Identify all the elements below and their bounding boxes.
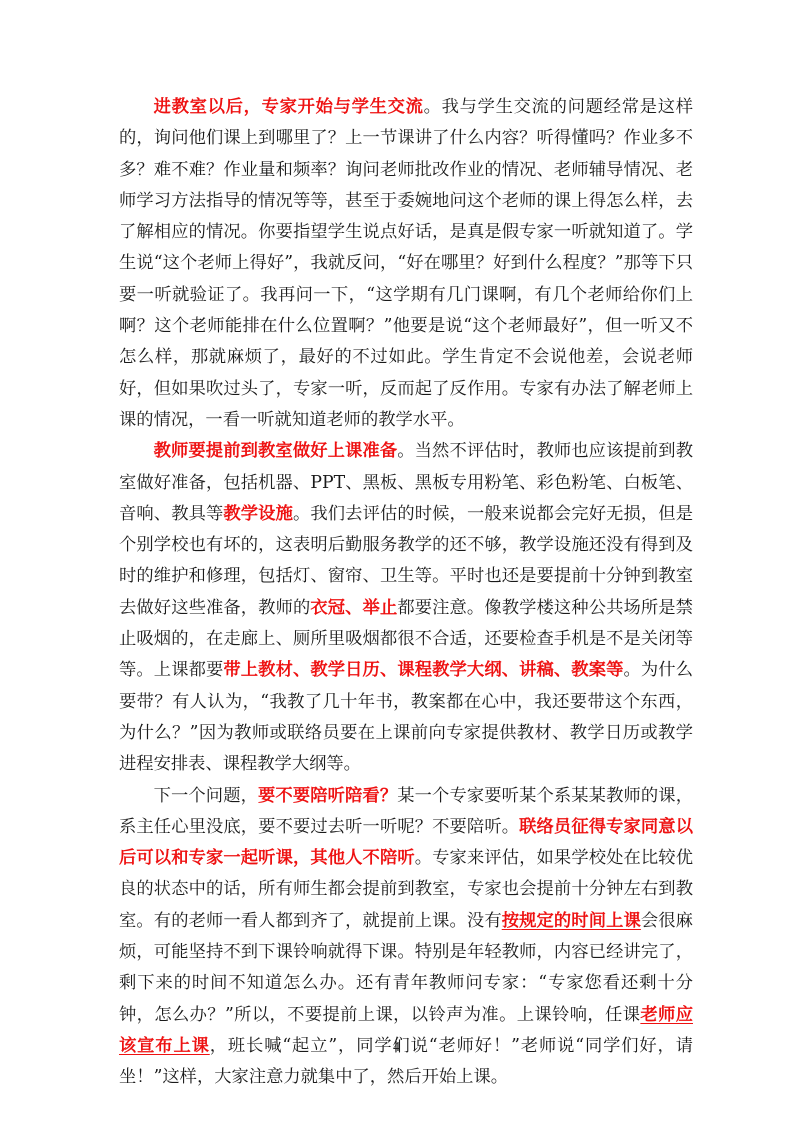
highlight-text: 教学设施 (223, 504, 293, 524)
underlined-highlight-text: 按规定的时间上课 (502, 911, 641, 931)
highlight-text: 教师要提前到教室做好上课准备 (154, 441, 398, 461)
highlight-text: 要不要陪听陪看？ (258, 786, 397, 806)
highlight-text: 进教室以后，专家开始与学生交流 (154, 97, 424, 117)
highlight-text: 衣冠、举止 (310, 598, 397, 618)
body-text: 。我与学生交流的问题经常是这样的，询问他们课上到哪里了？上一节课讲了什么内容？听… (119, 97, 693, 430)
paragraph-1: 进教室以后，专家开始与学生交流。我与学生交流的问题经常是这样的，询问他们课上到哪… (119, 92, 693, 436)
paragraph-2: 教师要提前到教室做好上课准备。当然不评估时，教师也应该提前到教室做好准备，包括机… (119, 436, 693, 780)
document-body: 进教室以后，专家开始与学生交流。我与学生交流的问题经常是这样的，询问他们课上到哪… (119, 92, 693, 1094)
page-number: 4 (0, 1040, 793, 1056)
body-text: 下一个问题， (154, 786, 258, 806)
highlight-text: 带上教材、教学日历、课程教学大纲、讲稿、教案等 (223, 660, 623, 680)
